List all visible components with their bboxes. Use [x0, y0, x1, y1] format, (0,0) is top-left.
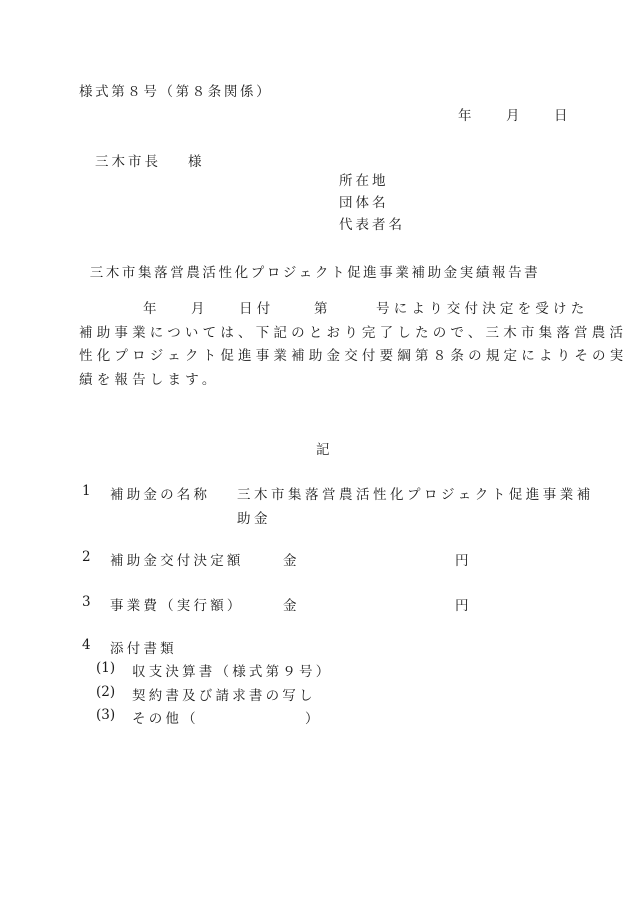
amount-prefix: 金: [283, 549, 297, 569]
representative-label: 代表者名: [339, 214, 405, 236]
body-paragraph: 年 月 日付 第 号により交付決定を受けた 補助事業については、下記のとおり完了…: [79, 298, 569, 392]
amount-unit: 円: [455, 549, 469, 569]
item-label: 補助金交付決定額: [110, 549, 244, 569]
body-month: 月: [191, 298, 209, 322]
item-number: 3: [82, 594, 91, 610]
body-day: 日付: [239, 298, 274, 322]
date-year-label: 年: [458, 104, 472, 124]
body-line1-rest: 号により交付決定を受けた: [376, 298, 588, 322]
body-line-3: 性化プロジェクト促進事業補助金交付要綱第８条の規定によりその実: [79, 345, 569, 369]
date-line: 年 月 日: [458, 104, 566, 122]
attachment-number: (3): [96, 707, 115, 723]
addressee: 三木市長: [95, 150, 161, 170]
item-label: 事業費（実行額）: [110, 594, 244, 614]
attachment-close-paren: ）: [305, 707, 319, 727]
subsidy-name-value: 三木市集落営農活性化プロジェクト促進事業補: [237, 483, 594, 503]
date-day-label: 日: [554, 104, 568, 124]
attachment-number: (1): [96, 660, 115, 676]
address-label: 所在地: [339, 170, 405, 192]
item-label: 補助金の名称: [110, 483, 210, 503]
amount-unit: 円: [455, 594, 469, 614]
body-line-4: 績を報告します。: [79, 369, 569, 393]
attachment-text: 契約書及び請求書の写し: [132, 684, 316, 704]
item-label: 添付書類: [110, 637, 177, 657]
applicant-block: 所在地 団体名 代表者名: [339, 170, 405, 236]
organization-label: 団体名: [339, 192, 405, 214]
item-number: 4: [82, 637, 91, 653]
date-month-label: 月: [506, 104, 520, 124]
attachment-text: その他（: [132, 707, 199, 727]
attachment-text: 収支決算書（様式第９号）: [132, 660, 332, 680]
document-title: 三木市集落営農活性化プロジェクト促進事業補助金実績報告書: [0, 261, 630, 281]
addressee-honorific: 様: [188, 150, 202, 170]
attachment-number: (2): [96, 684, 115, 700]
item-number: 2: [82, 549, 91, 565]
body-line-1: 年 月 日付 第 号により交付決定を受けた: [79, 298, 569, 322]
body-year: 年: [143, 298, 161, 322]
form-number: 様式第８号（第８条関係）: [79, 80, 272, 100]
subsidy-name-value-cont: 助金: [237, 507, 271, 527]
body-line-2: 補助事業については、下記のとおり完了したので、三木市集落営農活: [79, 322, 569, 346]
ki-heading: 記: [316, 438, 330, 458]
body-no: 第: [314, 298, 332, 322]
item-number: 1: [82, 483, 91, 499]
amount-prefix: 金: [283, 594, 297, 614]
